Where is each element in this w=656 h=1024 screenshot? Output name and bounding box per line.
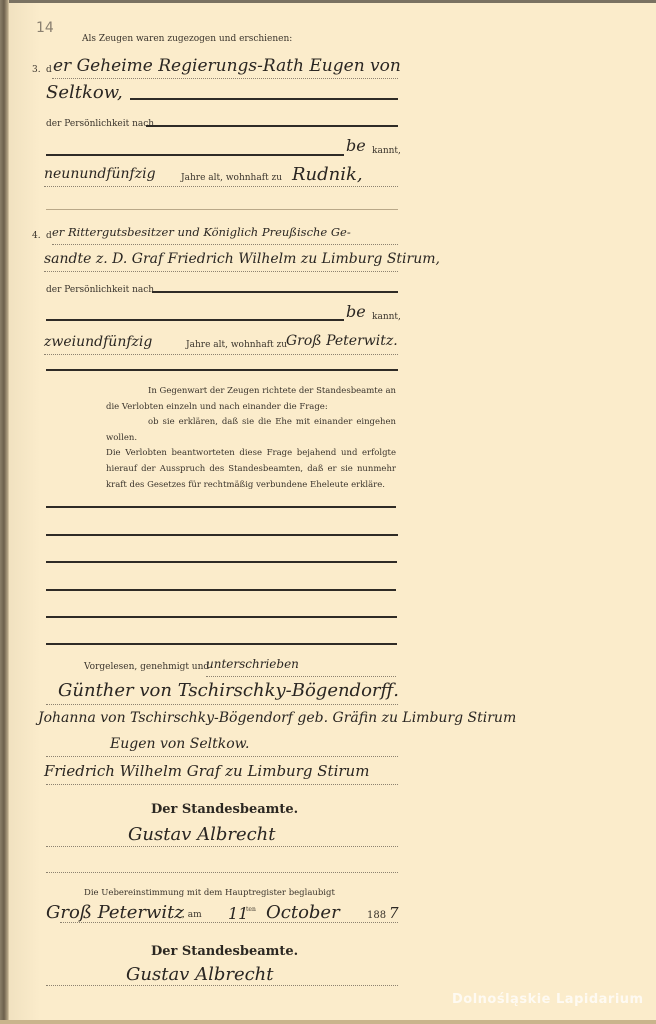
ceremony-paragraph: In Gegenwart der Zeugen richtete der Sta… <box>106 384 396 493</box>
fill-line <box>46 985 398 986</box>
page-bottom-edge <box>0 1020 656 1024</box>
blank-line <box>46 616 397 618</box>
witness-number: 3. <box>32 65 41 75</box>
fill-line <box>44 271 398 272</box>
age-residence-label: Jahre alt, wohnhaft zu <box>181 173 282 183</box>
ceremony-text-2: ob sie erklären, daß sie die Ehe mit ein… <box>106 415 396 446</box>
blank-line <box>130 98 398 100</box>
witness-occupation-name: er Geheime Regierungs-Rath Eugen von <box>53 56 401 76</box>
registrar-signature: Gustav Albrecht <box>128 824 276 845</box>
fill-line <box>52 244 398 245</box>
certifying-registrar-title: Der Standesbeamte. <box>151 944 298 959</box>
blank-line <box>152 291 398 293</box>
fill-line <box>46 784 398 785</box>
fill-line <box>44 354 398 355</box>
fill-line <box>46 846 398 847</box>
fill-line <box>60 922 398 923</box>
fill-line <box>46 872 398 873</box>
watermark: Dolnośląskie Lapidarium <box>452 992 644 1007</box>
signature-groom: Günther von Tschirschky-Bögendorff. <box>58 680 399 701</box>
ceremony-text-3: Die Verlobten beantworteten diese Frage … <box>106 446 396 493</box>
known-print: kannt, <box>372 312 401 322</box>
age-residence-label: Jahre alt, wohnhaft zu <box>186 340 287 350</box>
blank-line <box>146 125 398 127</box>
witness-number: 4. <box>32 231 41 241</box>
certification-text: Die Uebereinstimmung mit dem Hauptregist… <box>84 888 335 898</box>
witnesses-header: Als Zeugen waren zugezogen und erschiene… <box>82 34 292 44</box>
witness-residence: Rudnik, <box>292 164 363 185</box>
personality-label: der Persönlichkeit nach <box>46 285 154 295</box>
read-approved-label: Vorgelesen, genehmigt und <box>84 662 209 672</box>
book-spine <box>0 0 9 1024</box>
fill-line <box>46 704 398 705</box>
register-page: 14 Als Zeugen waren zugezogen und erschi… <box>0 0 656 1024</box>
known-hand: be <box>346 136 366 155</box>
signed-hand: unterschrieben <box>206 657 299 671</box>
witness-name: sandte z. D. Graf Friedrich Wilhelm zu L… <box>44 251 440 267</box>
ceremony-text-1: In Gegenwart der Zeugen richtete der Sta… <box>106 384 396 415</box>
registrar-title: Der Standesbeamte. <box>151 802 298 817</box>
witness-prefix: d <box>46 65 52 75</box>
witness-age: neunundfünfzig <box>44 166 156 182</box>
witness-surname: Seltkow, <box>46 82 123 103</box>
separator-line <box>46 209 398 210</box>
certification-place: Groß Peterwitz <box>46 902 184 923</box>
blank-line <box>46 534 398 536</box>
blank-line <box>46 561 397 563</box>
page-number: 14 <box>36 20 54 36</box>
page-top-edge <box>0 0 656 3</box>
signature-witness-4: Friedrich Wilhelm Graf zu Limburg Stirum <box>44 762 369 780</box>
witness-occupation: er Rittergutsbesitzer und Königlich Preu… <box>52 225 351 239</box>
date-day-suffix: ten <box>246 906 256 913</box>
blank-line <box>46 319 344 321</box>
witness-residence: Groß Peterwitz. <box>286 333 398 349</box>
fill-line <box>206 676 396 677</box>
signature-bride: Johanna von Tschirschky-Bögendorf geb. G… <box>38 710 516 726</box>
blank-line <box>46 154 344 156</box>
certifying-registrar-signature: Gustav Albrecht <box>126 964 274 985</box>
blank-line <box>46 369 398 371</box>
blank-line <box>46 643 397 645</box>
fill-line <box>44 186 398 187</box>
date-am: , am <box>182 910 202 920</box>
date-year-print: 188 <box>367 910 386 921</box>
signature-witness-3: Eugen von Seltkow. <box>110 736 249 752</box>
date-month: October <box>266 902 340 923</box>
witness-prefix: d <box>46 231 52 241</box>
blank-line <box>46 589 396 591</box>
known-hand: be <box>346 302 366 321</box>
personality-label: der Persönlichkeit nach <box>46 119 154 129</box>
witness-age: zweiundfünfzig <box>44 334 152 350</box>
fill-line <box>46 756 398 757</box>
blank-line <box>46 506 396 508</box>
fill-line <box>52 78 398 79</box>
known-print: kannt, <box>372 146 401 156</box>
date-year-hand: 7 <box>389 904 399 922</box>
